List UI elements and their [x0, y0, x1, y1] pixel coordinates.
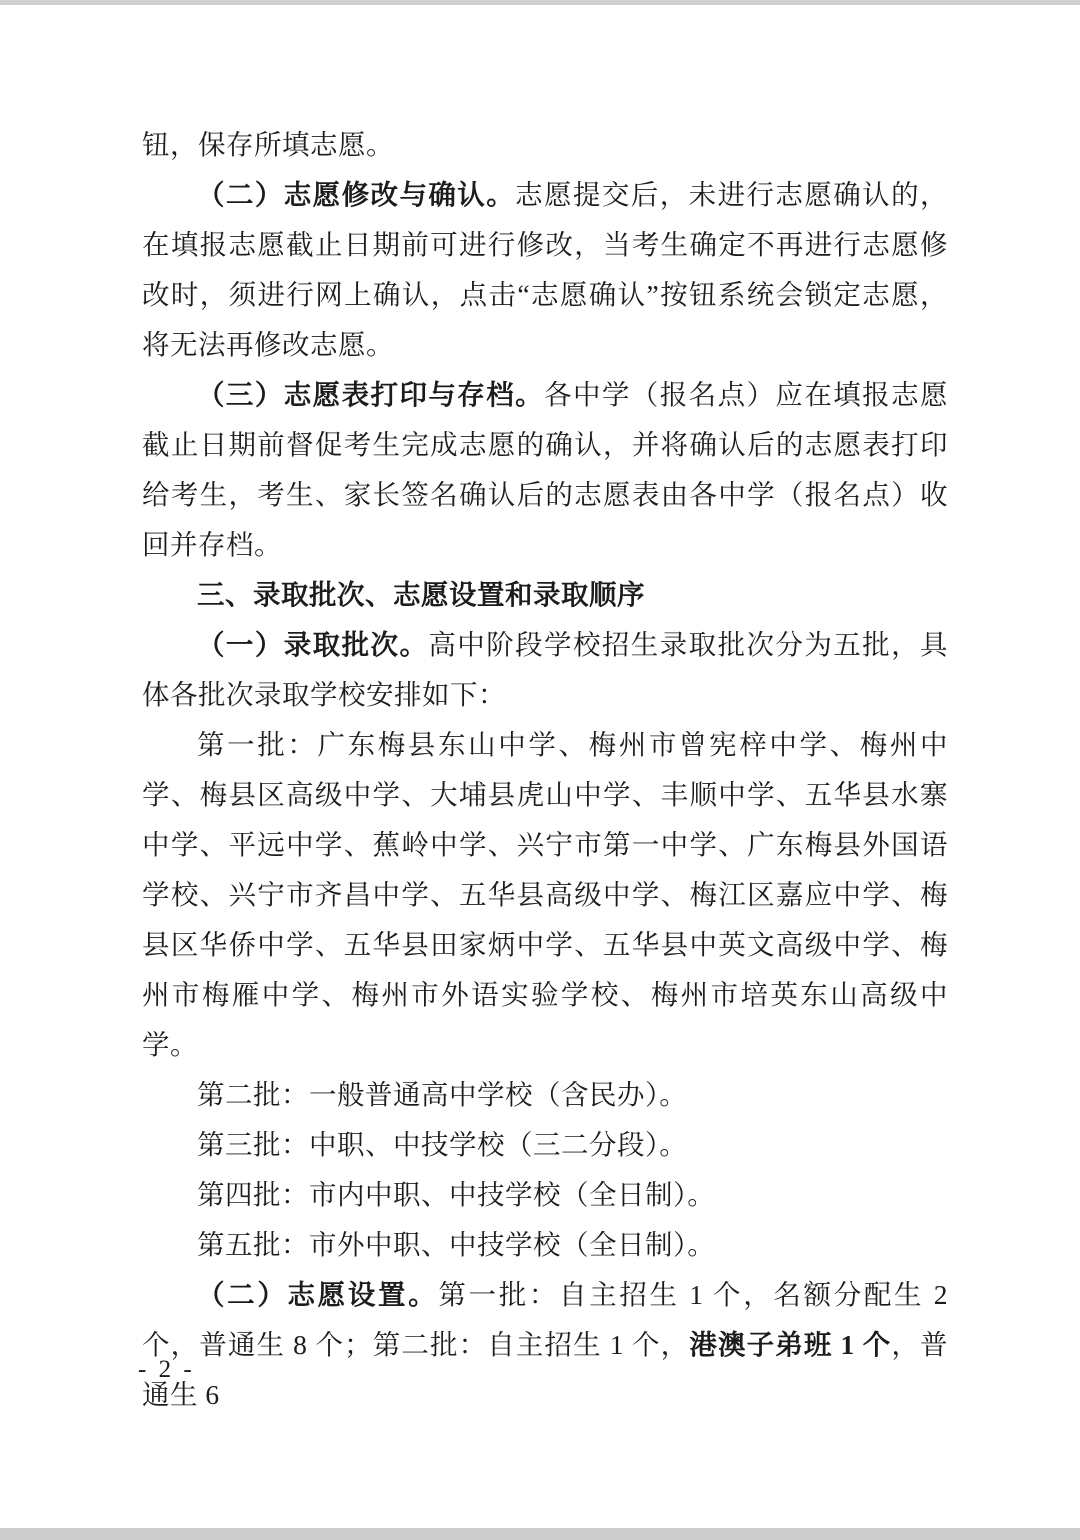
subheading-print-archive: （三）志愿表打印与存档。 [197, 379, 544, 410]
paragraph-continuation: 钮，保存所填志愿。 [142, 120, 948, 170]
subheading-volunteer-modify: （二）志愿修改与确认。 [197, 179, 515, 210]
page-number: - 2 - [138, 1356, 195, 1384]
section-heading-admission: 三、录取批次、志愿设置和录取顺序 [142, 570, 948, 620]
document-page: 钮，保存所填志愿。 （二）志愿修改与确认。志愿提交后，未进行志愿确认的，在填报志… [0, 0, 1080, 1540]
paragraph-batch3: 第三批：中职、中技学校（三二分段）。 [142, 1120, 948, 1170]
page-separator-top [0, 0, 1080, 5]
document-body: 钮，保存所填志愿。 （二）志愿修改与确认。志愿提交后，未进行志愿确认的，在填报志… [142, 120, 948, 1420]
paragraph-print-archive: （三）志愿表打印与存档。各中学（报名点）应在填报志愿截止日期前督促考生完成志愿的… [142, 370, 948, 570]
paragraph-volunteer-modify: （二）志愿修改与确认。志愿提交后，未进行志愿确认的，在填报志愿截止日期前可进行修… [142, 170, 948, 370]
paragraph-batch1-schools: 第一批：广东梅县东山中学、梅州市曾宪梓中学、梅州中学、梅县区高级中学、大埔县虎山… [142, 720, 948, 1070]
paragraph-batch2: 第二批：一般普通高中学校（含民办）。 [142, 1070, 948, 1120]
paragraph-batch5: 第五批：市外中职、中技学校（全日制）。 [142, 1220, 948, 1270]
subheading-admission-batches: （一）录取批次。 [197, 629, 428, 660]
paragraph-volunteer-setup: （二）志愿设置。第一批：自主招生 1 个，名额分配生 2 个，普通生 8 个；第… [142, 1270, 948, 1420]
subheading-volunteer-setup: （二）志愿设置。 [197, 1279, 438, 1310]
paragraph-batch4: 第四批：市内中职、中技学校（全日制）。 [142, 1170, 948, 1220]
page-separator-bottom [0, 1528, 1080, 1540]
paragraph-admission-batches: （一）录取批次。高中阶段学校招生录取批次分为五批，具体各批次录取学校安排如下： [142, 620, 948, 720]
text-hk-macao-class-highlight: 港澳子弟班 1 个 [689, 1329, 891, 1360]
